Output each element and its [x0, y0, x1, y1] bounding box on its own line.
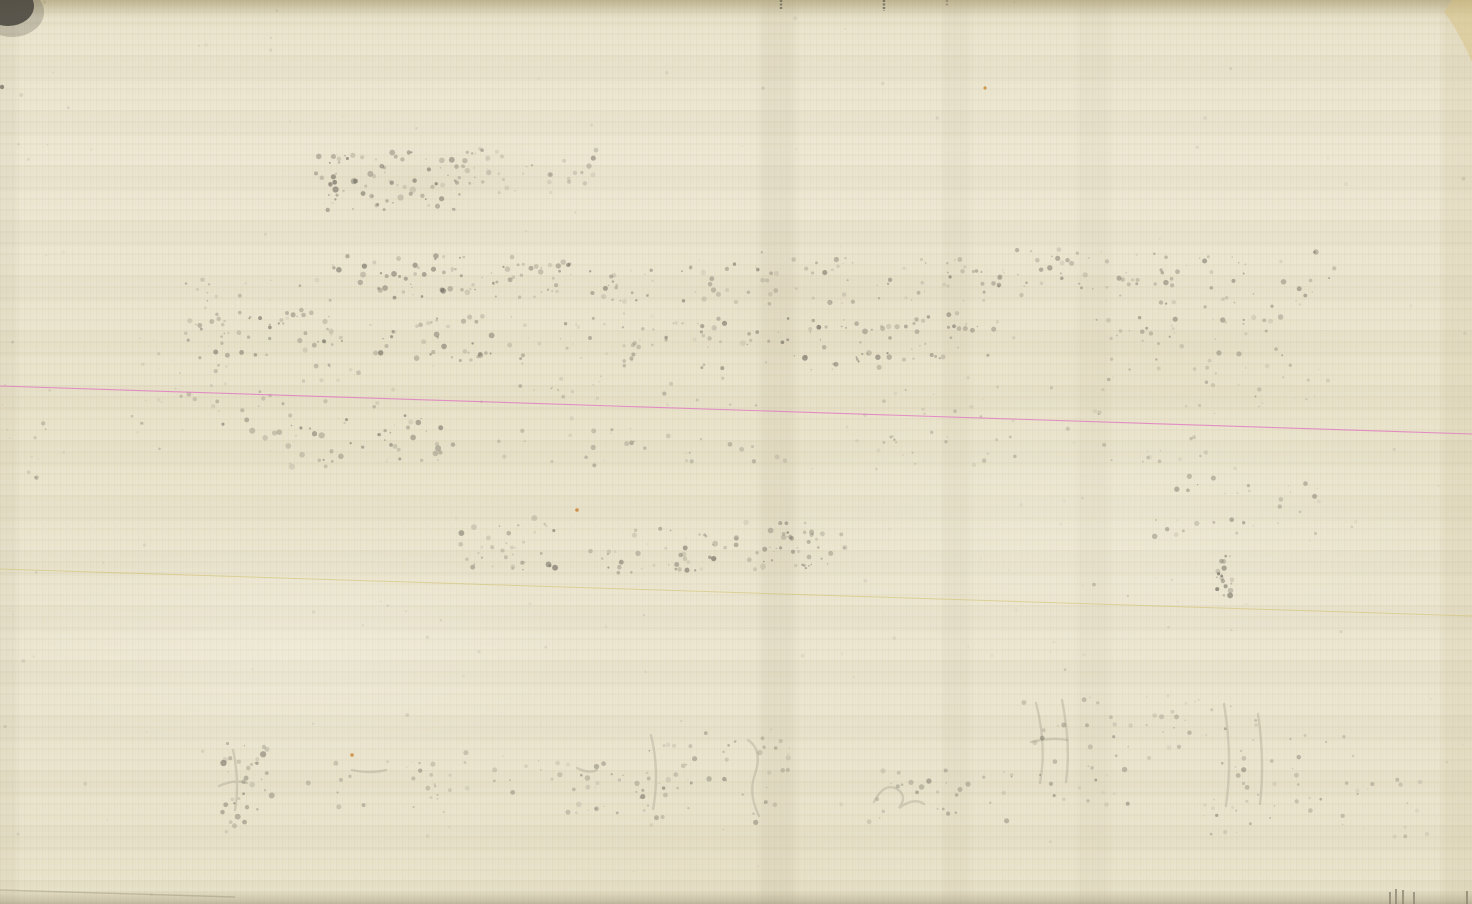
- ghost-stroke: [651, 735, 656, 809]
- ink-bleed-cluster: [1364, 778, 1429, 839]
- ink-bleed-cluster: [185, 277, 333, 338]
- ink-bleed-cluster: [520, 259, 654, 304]
- ghost-stroke: [874, 787, 924, 808]
- ink-bleed-cluster: [560, 317, 712, 367]
- ink-bleed-cluster: [681, 251, 855, 306]
- ink-bleed-cluster: [1128, 694, 1199, 760]
- ink-bleed-cluster: [1185, 364, 1330, 415]
- accent-speck: [983, 86, 986, 89]
- accent-speck: [575, 508, 579, 512]
- ghost-stroke: [1258, 714, 1262, 804]
- ink-bleed-cluster: [1015, 578, 1247, 671]
- ink-bleed-cluster: [458, 515, 558, 570]
- ink-bleed-cluster: [855, 431, 1016, 471]
- ink-bleed-cluster: [1289, 734, 1359, 825]
- ruled-lines-layer: [0, 386, 1472, 616]
- ink-bleed-cluster: [1066, 427, 1208, 463]
- ghost-stroke: [352, 770, 386, 772]
- pink-hairline: [0, 386, 1472, 434]
- ink-bleed-cluster: [480, 376, 757, 421]
- ink-bleed-cluster: [1, 341, 50, 480]
- ink-bleed-cluster: [497, 428, 787, 467]
- ghost-stroke: [577, 768, 597, 772]
- ink-bleed-cluster: [314, 150, 459, 212]
- accent-specks-layer: [350, 86, 986, 756]
- yellow-hairline: [0, 569, 1472, 616]
- ink-bleed-cluster: [220, 742, 275, 833]
- ink-bleed-cluster: [1096, 314, 1284, 371]
- ink-bleed-cluster: [703, 520, 818, 572]
- scan-marks-layer: [0, 0, 1472, 904]
- ink-bleed-cluster: [221, 414, 455, 470]
- scanned-page: { "page": { "width": 1472, "height": 904…: [0, 0, 1472, 904]
- ink-bleed-cluster: [902, 311, 1015, 361]
- ink-bleed-cluster: [876, 257, 1004, 302]
- ink-bleed-cluster: [332, 253, 521, 299]
- ghost-stroke: [1031, 739, 1067, 742]
- ink-bleed-cluster: [1015, 247, 1140, 297]
- ink-bleed-layer: [1, 1, 1466, 897]
- page-bottom-edge-shade: [0, 891, 1472, 904]
- ink-bleed-cluster: [700, 317, 900, 371]
- ink-bleed-cluster: [369, 314, 529, 365]
- corner-streak: [1444, 0, 1472, 62]
- edge-marks-layer: [0, 0, 1472, 904]
- ink-bleed-cluster: [184, 311, 343, 368]
- ink-bleed-cluster: [1215, 555, 1234, 599]
- ink-bleed-cluster: [362, 604, 843, 677]
- ghost-strokes-layer: [219, 700, 1262, 816]
- ghost-stroke: [748, 740, 759, 816]
- ghost-stroke: [1224, 704, 1229, 806]
- ink-bleed-cluster: [1153, 249, 1336, 308]
- corner-blob-halo: [0, 0, 44, 37]
- ink-bleed-cluster: [1152, 474, 1318, 539]
- accent-speck: [350, 753, 354, 757]
- ink-bleed-cluster: [867, 768, 1014, 824]
- ink-bleed-cluster: [306, 760, 452, 813]
- ink-bleed-cluster: [882, 376, 1114, 418]
- ink-bleed-cluster: [454, 147, 599, 196]
- ink-bleed-cluster: [588, 527, 701, 575]
- ink-bleed-cluster: [1203, 706, 1277, 836]
- left-edge-dot: [0, 85, 4, 89]
- ink-bleed-cluster: [131, 352, 184, 450]
